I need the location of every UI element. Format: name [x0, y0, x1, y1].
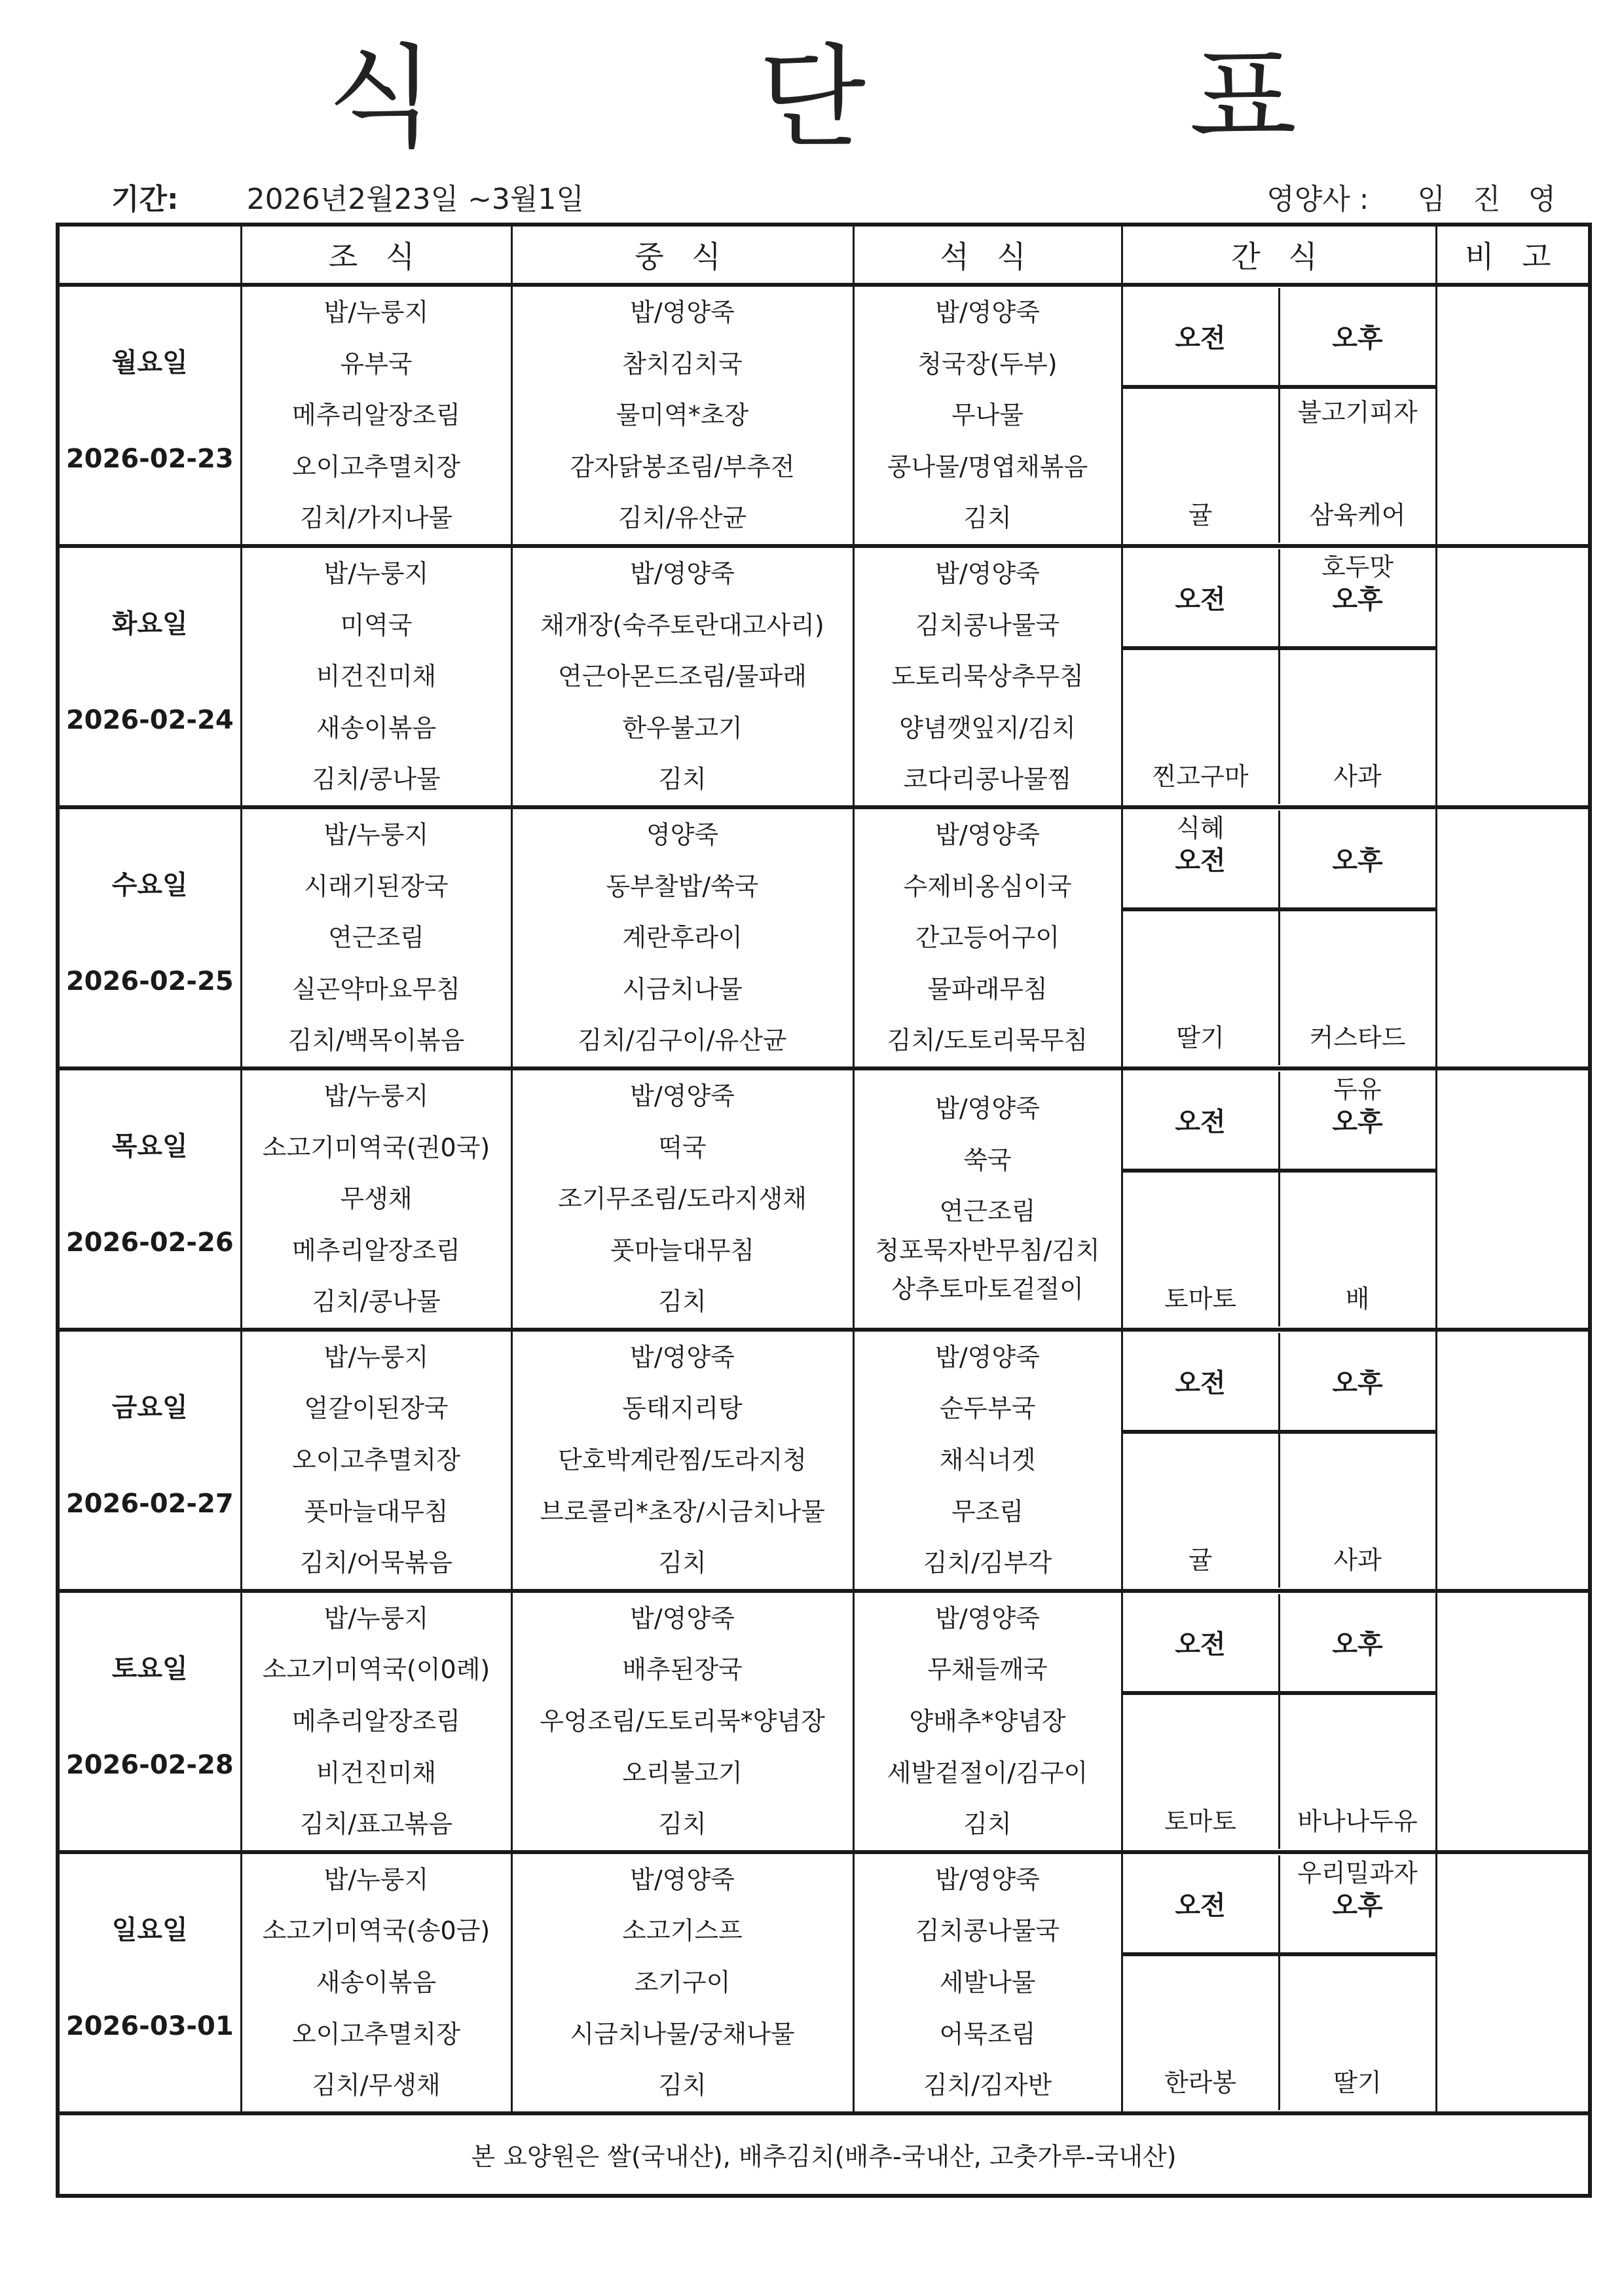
dinner-cell: 밥/영양죽김치콩나물국세발나물어묵조림김치/김자반: [853, 1852, 1122, 2113]
snack-am-items: 딸기: [1123, 911, 1280, 1065]
snack-item: 바나나두유: [1280, 1796, 1435, 1848]
day-name: 목요일: [60, 1125, 240, 1163]
menu-item: 밥/영양죽: [855, 1854, 1121, 1906]
remarks-cell: [1436, 1591, 1590, 1852]
snack-cell: 오전 오후 귤 사과: [1122, 1330, 1436, 1591]
dinner-cell: 밥/영양죽수제비옹심이국간고등어구이물파래무침김치/도토리묵무침: [853, 807, 1122, 1068]
menu-item: 밥/영양죽: [513, 1332, 853, 1383]
snack-am-label: 오전: [1123, 549, 1280, 646]
snack-item: 찐고구마: [1123, 751, 1278, 803]
origin-notice: 본 요양원은 쌀(국내산), 배추김치(배추-국내산, 고춧가루-국내산): [58, 2113, 1590, 2196]
menu-item: 풋마늘대무침: [513, 1225, 853, 1277]
period: 기간: 2026년2월23일 ~3월1일: [111, 180, 584, 219]
snack-item: 식혜: [1123, 803, 1278, 854]
menu-item: 연근아몬드조림/물파래: [513, 651, 853, 702]
header-remarks: 비 고: [1436, 225, 1590, 285]
menu-item: 밥/영양죽: [513, 1070, 853, 1122]
menu-item: 김치/백목이볶음: [242, 1015, 511, 1066]
menu-item: 소고기미역국(권0국): [242, 1122, 511, 1174]
snack-item: 배: [1280, 1273, 1435, 1325]
menu-item: 김치/무생채: [242, 2060, 511, 2111]
menu-item: 김치/표고볶음: [242, 1798, 511, 1850]
remarks-cell: [1436, 1330, 1590, 1591]
snack-item: 두유: [1280, 1064, 1435, 1116]
menu-item: 채식너겟: [855, 1434, 1121, 1486]
day-cell: 토요일 2026-02-28: [58, 1591, 241, 1852]
menu-item: 김치/콩나물: [242, 754, 511, 805]
snack-item: 귤: [1123, 490, 1278, 541]
remarks-cell: [1436, 1852, 1590, 2113]
menu-item: 밥/누룽지: [242, 809, 511, 861]
breakfast-cell: 밥/누룽지시래기된장국연근조림실곤약마요무침김치/백목이볶음: [241, 807, 511, 1068]
lunch-cell: 영양죽동부찰밥/쑥국계란후라이시금치나물김치/김구이/유산균: [511, 807, 853, 1068]
header-dinner: 석 식: [853, 225, 1122, 285]
snack-am-items: 귤: [1123, 389, 1280, 543]
menu-item: 도토리묵상추무침: [855, 651, 1121, 702]
menu-item: 코다리콩나물찜: [855, 754, 1121, 805]
snack-pm-label: 오후: [1280, 1333, 1435, 1430]
menu-item: 김치/유산균: [513, 492, 853, 544]
menu-item: 김치콩나물국: [855, 600, 1121, 651]
menu-item: 간고등어구이: [855, 912, 1121, 964]
menu-item: 밥/영양죽: [855, 287, 1121, 338]
menu-item: 김치/가지나물: [242, 492, 511, 544]
snack-am-items: 토마토: [1123, 1695, 1280, 1849]
snack-pm-label: 오후: [1280, 811, 1435, 907]
period-value: 2026년2월23일 ~3월1일: [247, 183, 584, 216]
menu-item: 브로콜리*초장/시금치나물: [513, 1486, 853, 1538]
menu-item: 감자닭봉조림/부추전: [513, 441, 853, 493]
menu-table: 조 식 중 식 석 식 간 식 비 고 월요일 2026-02-23 밥/누룽지…: [56, 223, 1592, 2198]
snack-item: 우리밀과자: [1280, 1848, 1435, 1899]
menu-item: 김치: [513, 2060, 853, 2111]
snack-pm-items: 배: [1280, 1173, 1435, 1326]
breakfast-cell: 밥/누룽지얼갈이된장국오이고추멸치장풋마늘대무침김치/어묵볶음: [241, 1330, 511, 1591]
menu-item: 연근조림: [855, 1186, 1121, 1237]
header-lunch: 중 식: [511, 225, 853, 285]
nutritionist: 영양사 : 임 진 영: [1266, 180, 1565, 219]
snack-pm-items: 사과: [1280, 650, 1435, 804]
menu-item: 얼갈이된장국: [242, 1383, 511, 1434]
menu-item: 김치/콩나물: [242, 1276, 511, 1328]
dinner-cell: 밥/영양죽김치콩나물국도토리묵상추무침양념깻잎지/김치코다리콩나물찜: [853, 546, 1122, 807]
menu-item: 밥/영양죽: [855, 1593, 1121, 1645]
header-row: 조 식 중 식 석 식 간 식 비 고: [58, 225, 1590, 285]
day-date: 2026-02-27: [60, 1489, 240, 1519]
snack-item: 커스타드: [1280, 1012, 1435, 1064]
menu-item: 밥/영양죽: [513, 1593, 853, 1645]
menu-item: 메추리알장조림: [242, 1696, 511, 1747]
menu-item: 무채들깨국: [855, 1644, 1121, 1696]
snack-cell: 오전 오후 토마토 바나나두유우리밀과자: [1122, 1591, 1436, 1852]
menu-item: 소고기미역국(송0금): [242, 1905, 511, 1957]
dinner-cell: 밥/영양죽순두부국채식너겟무조림김치/김부각: [853, 1330, 1122, 1591]
menu-item: 청포묵자반무침/김치: [855, 1237, 1121, 1264]
menu-item: 동부찰밥/쑥국: [513, 861, 853, 913]
dinner-cell: 밥/영양죽청국장(두부)무나물콩나물/명엽채볶음김치: [853, 285, 1122, 546]
menu-item: 떡국: [513, 1122, 853, 1174]
menu-item: 새송이볶음: [242, 1957, 511, 2009]
menu-item: 연근조림: [242, 912, 511, 964]
snack-am-items: 찐고구마식혜: [1123, 650, 1280, 804]
snack-am-label: 오전: [1123, 1594, 1280, 1691]
day-cell: 금요일 2026-02-27: [58, 1330, 241, 1591]
header-breakfast: 조 식: [241, 225, 511, 285]
snack-am-label: 오전: [1123, 1855, 1280, 1952]
breakfast-cell: 밥/누룽지유부국메추리알장조림오이고추멸치장김치/가지나물: [241, 285, 511, 546]
menu-item: 새송이볶음: [242, 702, 511, 754]
menu-item: 물미역*초장: [513, 390, 853, 441]
menu-item: 밥/영양죽: [855, 548, 1121, 600]
menu-item: 밥/영양죽: [855, 1332, 1121, 1383]
remarks-cell: [1436, 1068, 1590, 1330]
menu-item: 김치콩나물국: [855, 1905, 1121, 1957]
menu-item: 조기구이: [513, 1957, 853, 2009]
breakfast-cell: 밥/누룽지미역국비건진미채새송이볶음김치/콩나물: [241, 546, 511, 807]
menu-item: 콩나물/명엽채볶음: [855, 441, 1121, 493]
snack-item: 한라봉: [1123, 2057, 1278, 2109]
menu-item: 밥/누룽지: [242, 1070, 511, 1122]
snack-item: 딸기: [1123, 1012, 1278, 1064]
day-date: 2026-03-01: [60, 2011, 240, 2041]
snack-cell: 오전 오후 귤 불고기피자삼육케어호두맛: [1122, 285, 1436, 546]
day-date: 2026-02-28: [60, 1750, 240, 1780]
menu-item: 오리불고기: [513, 1747, 853, 1799]
menu-item: 양배추*양념장: [855, 1696, 1121, 1747]
menu-item: 메추리알장조림: [242, 1225, 511, 1277]
day-name: 금요일: [60, 1387, 240, 1424]
day-name: 일요일: [60, 1909, 240, 1946]
breakfast-cell: 밥/누룽지소고기미역국(권0국)무생채메추리알장조림김치/콩나물: [241, 1068, 511, 1330]
day-cell: 화요일 2026-02-24: [58, 546, 241, 807]
menu-item: 밥/영양죽: [513, 1854, 853, 1906]
page-title: 식 단 표: [0, 33, 1624, 164]
lunch-cell: 밥/영양죽참치김치국물미역*초장감자닭봉조림/부추전김치/유산균: [511, 285, 853, 546]
day-row: 수요일 2026-02-25 밥/누룽지시래기된장국연근조림실곤약마요무침김치/…: [58, 807, 1590, 1068]
menu-item: 세발겉절이/김구이: [855, 1747, 1121, 1799]
nutritionist-name: 임 진 영: [1418, 183, 1565, 216]
header-snack: 간 식: [1122, 225, 1436, 285]
menu-item: 무생채: [242, 1173, 511, 1225]
day-cell: 수요일 2026-02-25: [58, 807, 241, 1068]
menu-item: 실곤약마요무침: [242, 964, 511, 1015]
menu-item: 메추리알장조림: [242, 390, 511, 441]
snack-pm-items: 사과: [1280, 1434, 1435, 1588]
remarks-cell: [1436, 807, 1590, 1068]
snack-item: 사과: [1280, 1535, 1435, 1586]
lunch-cell: 밥/영양죽채개장(숙주토란대고사리)연근아몬드조림/물파래한우불고기김치: [511, 546, 853, 807]
menu-item: 김치/도토리묵무침: [855, 1015, 1121, 1066]
snack-am-label: 오전: [1123, 1072, 1280, 1169]
menu-item: 무조림: [855, 1486, 1121, 1538]
lunch-cell: 밥/영양죽떡국조기무조림/도라지생채풋마늘대무침김치: [511, 1068, 853, 1330]
menu-item: 쑥국: [855, 1135, 1121, 1186]
snack-am-label: 오전: [1123, 1333, 1280, 1430]
menu-item: 시금치나물: [513, 964, 853, 1015]
menu-item: 비건진미채: [242, 651, 511, 702]
menu-item: 밥/영양죽: [855, 809, 1121, 861]
breakfast-cell: 밥/누룽지소고기미역국(이0례)메추리알장조림비건진미채김치/표고볶음: [241, 1591, 511, 1852]
period-label: 기간:: [111, 183, 179, 216]
menu-item: 김치/어묵볶음: [242, 1537, 511, 1589]
menu-item: 오이고추멸치장: [242, 441, 511, 493]
menu-item: 한우불고기: [513, 702, 853, 754]
menu-item: 김치: [855, 492, 1121, 544]
menu-item: 밥/누룽지: [242, 1854, 511, 1906]
day-date: 2026-02-25: [60, 966, 240, 996]
day-cell: 목요일 2026-02-26: [58, 1068, 241, 1330]
snack-item: 토마토: [1123, 1273, 1278, 1325]
menu-item: 채개장(숙주토란대고사리): [513, 600, 853, 651]
nutritionist-label: 영양사 :: [1266, 183, 1369, 216]
day-name: 월요일: [60, 342, 240, 379]
menu-item: 밥/영양죽: [855, 1083, 1121, 1135]
menu-item: 단호박계란찜/도라지청: [513, 1434, 853, 1486]
menu-item: 밥/영양죽: [513, 287, 853, 338]
snack-item: 토마토: [1123, 1796, 1278, 1848]
snack-pm-items: 딸기: [1280, 1956, 1435, 2110]
snack-am-label: 오전: [1123, 288, 1280, 385]
menu-item: 김치/김구이/유산균: [513, 1015, 853, 1066]
snack-am-items: 토마토: [1123, 1173, 1280, 1326]
snack-item: 삼육케어: [1280, 490, 1435, 541]
snack-pm-label: 오후: [1280, 288, 1435, 385]
menu-item: 동태지리탕: [513, 1383, 853, 1434]
menu-item: 김치/김부각: [855, 1537, 1121, 1589]
menu-item: 소고기스프: [513, 1905, 853, 1957]
snack-am-items: 귤: [1123, 1434, 1280, 1588]
menu-item: 풋마늘대무침: [242, 1486, 511, 1538]
menu-item: 미역국: [242, 600, 511, 651]
menu-item: 상추토마토겉절이: [855, 1264, 1121, 1315]
day-cell: 월요일 2026-02-23: [58, 285, 241, 546]
menu-item: 김치: [513, 754, 853, 805]
menu-item: 김치/김자반: [855, 2060, 1121, 2111]
menu-item: 오이고추멸치장: [242, 2009, 511, 2060]
menu-item: 물파래무침: [855, 964, 1121, 1015]
header-day: [58, 225, 241, 285]
menu-item: 계란후라이: [513, 912, 853, 964]
snack-pm-items: 바나나두유우리밀과자: [1280, 1695, 1435, 1849]
menu-item: 밥/누룽지: [242, 287, 511, 338]
menu-item: 오이고추멸치장: [242, 1434, 511, 1486]
dinner-cell: 밥/영양죽무채들깨국양배추*양념장세발겉절이/김구이김치: [853, 1591, 1122, 1852]
day-row: 토요일 2026-02-28 밥/누룽지소고기미역국(이0례)메추리알장조림비건…: [58, 1591, 1590, 1852]
day-name: 수요일: [60, 864, 240, 902]
lunch-cell: 밥/영양죽배추된장국우엉조림/도토리묵*양념장오리불고기김치: [511, 1591, 853, 1852]
menu-item: 무나물: [855, 390, 1121, 441]
breakfast-cell: 밥/누룽지소고기미역국(송0금)새송이볶음오이고추멸치장김치/무생채: [241, 1852, 511, 2113]
lunch-cell: 밥/영양죽동태지리탕단호박계란찜/도라지청브로콜리*초장/시금치나물김치: [511, 1330, 853, 1591]
menu-item: 소고기미역국(이0례): [242, 1644, 511, 1696]
snack-pm-items: 커스타드두유: [1280, 911, 1435, 1065]
menu-item: 세발나물: [855, 1957, 1121, 2009]
menu-item: 청국장(두부): [855, 338, 1121, 390]
day-row: 금요일 2026-02-27 밥/누룽지얼갈이된장국오이고추멸치장풋마늘대무침김…: [58, 1330, 1590, 1591]
menu-item: 밥/누룽지: [242, 548, 511, 600]
menu-item: 우엉조림/도토리묵*양념장: [513, 1696, 853, 1747]
menu-item: 김치: [855, 1798, 1121, 1850]
snack-item: 귤: [1123, 1535, 1278, 1586]
day-date: 2026-02-26: [60, 1228, 240, 1258]
snack-item: 불고기피자: [1280, 387, 1435, 439]
menu-item: 배추된장국: [513, 1644, 853, 1696]
menu-item: 김치: [513, 1537, 853, 1589]
menu-item: 참치김치국: [513, 338, 853, 390]
menu-item: 순두부국: [855, 1383, 1121, 1434]
menu-item: 양념깻잎지/김치: [855, 702, 1121, 754]
menu-item: 유부국: [242, 338, 511, 390]
menu-item: 비건진미채: [242, 1747, 511, 1799]
menu-item: 밥/누룽지: [242, 1332, 511, 1383]
snack-item: 사과: [1280, 751, 1435, 803]
remarks-cell: [1436, 285, 1590, 546]
day-row: 월요일 2026-02-23 밥/누룽지유부국메추리알장조림오이고추멸치장김치/…: [58, 285, 1590, 546]
footer-row: 본 요양원은 쌀(국내산), 배추김치(배추-국내산, 고춧가루-국내산): [58, 2113, 1590, 2196]
day-date: 2026-02-23: [60, 444, 240, 474]
menu-item: 김치: [513, 1798, 853, 1850]
menu-item: 조기무조림/도라지생채: [513, 1173, 853, 1225]
snack-item: 호두맛: [1280, 541, 1435, 593]
day-cell: 일요일 2026-03-01: [58, 1852, 241, 2113]
remarks-cell: [1436, 546, 1590, 807]
menu-item: 밥/영양죽: [513, 548, 853, 600]
dinner-cell: 밥/영양죽쑥국연근조림청포묵자반무침/김치상추토마토겉절이: [853, 1068, 1122, 1330]
day-name: 화요일: [60, 603, 240, 640]
day-date: 2026-02-24: [60, 705, 240, 735]
menu-item: 시금치나물/궁채나물: [513, 2009, 853, 2060]
snack-pm-label: 오후: [1280, 1594, 1435, 1691]
day-name: 토요일: [60, 1648, 240, 1685]
menu-item: 어묵조림: [855, 2009, 1121, 2060]
lunch-cell: 밥/영양죽소고기스프조기구이시금치나물/궁채나물김치: [511, 1852, 853, 2113]
menu-item: 영양죽: [513, 809, 853, 861]
menu-item: 시래기된장국: [242, 861, 511, 913]
menu-item: 수제비옹심이국: [855, 861, 1121, 913]
menu-item: 김치: [513, 1276, 853, 1328]
menu-item: 밥/누룽지: [242, 1593, 511, 1645]
snack-am-items: 한라봉: [1123, 1956, 1280, 2110]
snack-pm-items: 불고기피자삼육케어호두맛: [1280, 389, 1435, 543]
snack-item: 딸기: [1280, 2057, 1435, 2109]
